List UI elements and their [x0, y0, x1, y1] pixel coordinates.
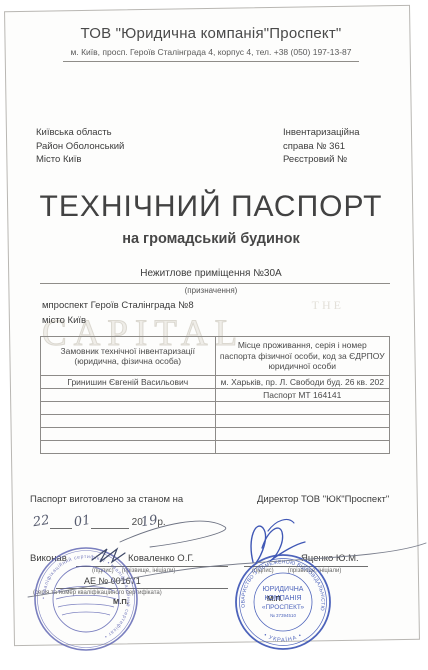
registry-number: Реєстровий №: [283, 153, 360, 167]
document-title: ТЕХНІЧНИЙ ПАСПОРТ: [0, 190, 422, 224]
company-stamp-line4: № 37394510: [270, 613, 297, 618]
company-stamp-line2: КОМПАНІЯ: [264, 595, 301, 602]
cell-empty: [41, 441, 216, 454]
cell-residence: м. Харьків, пр. Л. Свободи буд. 26 кв. 2…: [215, 376, 390, 389]
object-name: Нежитлове приміщення №30А: [0, 268, 422, 279]
object-underline: [40, 283, 390, 284]
region-oblast: Київська область: [36, 126, 124, 140]
cell-empty: [41, 402, 216, 415]
company-stamp-line3: «ПРОСПЕКТ»: [262, 604, 305, 611]
handwritten-day: 22: [32, 513, 51, 530]
year-suffix: р.: [157, 517, 165, 528]
engineer-stamp-ring-text: • кваліфікаційний сертифікат • кваліфіка…: [41, 554, 132, 640]
svg-text:• УКРАЇНА •: • УКРАЇНА •: [263, 632, 304, 643]
table-header-row: Замовник технічної інвентаризації (юриди…: [41, 337, 390, 376]
table-row: [41, 441, 390, 454]
table-row: [41, 415, 390, 428]
col-header-residence: Місце проживання, серія і номер паспорта…: [215, 337, 390, 376]
company-name: ТОВ "Юридична компанія"Проспект": [0, 25, 422, 42]
letterhead: ТОВ "Юридична компанія"Проспект" м. Київ…: [0, 25, 422, 62]
region-district: Район Оболонський: [36, 140, 124, 154]
owners-table: Замовник технічної інвентаризації (юриди…: [40, 336, 390, 454]
cell-empty: [41, 428, 216, 441]
table-row: Паспорт МТ 164141: [41, 389, 390, 402]
handwritten-month: 01: [73, 513, 92, 530]
company-stamp-line1: ЮРИДИЧНА: [263, 586, 304, 593]
cell-empty: [215, 441, 390, 454]
col-header-customer: Замовник технічної інвентаризації (юриди…: [41, 337, 216, 376]
table-row: [41, 428, 390, 441]
cell-empty: [41, 415, 216, 428]
company-stamp-ring-bottom: • УКРАЇНА •: [263, 632, 304, 643]
table-row: Гринишин Євгеній Васильович м. Харьків, …: [41, 376, 390, 389]
object-caption: (призначення): [0, 286, 422, 295]
table-row: [41, 402, 390, 415]
inventory-case-number: справа № 361: [283, 140, 360, 154]
cell-empty: [215, 402, 390, 415]
cell-passport: Паспорт МТ 164141: [215, 389, 390, 402]
director-title-label: Директор ТОВ "ЮК"Проспект": [257, 494, 389, 505]
inventory-info: Інвентаризаційна справа № 361 Реєстровий…: [283, 126, 360, 167]
company-address: м. Київ, просп. Героїв Сталінграда 4, ко…: [63, 47, 360, 62]
object-address-street: мпроспект Героїв Сталінграда №8: [42, 300, 194, 311]
date-line: 22 01 2019р.: [33, 514, 166, 529]
cell-empty: [215, 428, 390, 441]
company-stamp-icon: ТОВАРИСТВО З ОБМЕЖЕНОЮ ВІДПОВІДАЛЬНІСТЮ …: [233, 550, 333, 654]
document-subtitle: на громадський будинок: [0, 231, 422, 247]
cell-empty: [41, 389, 216, 402]
inventory-label: Інвентаризаційна: [283, 126, 360, 140]
engineer-stamp-icon: • кваліфікаційний сертифікат • кваліфіка…: [28, 543, 144, 655]
object-address-city: місто Київ: [42, 315, 86, 326]
handwritten-year: 19: [140, 513, 159, 530]
cell-customer-name: Гринишин Євгеній Васильович: [41, 376, 216, 389]
region-city: Місто Київ: [36, 153, 124, 167]
svg-text:• кваліфікаційний сертифікат •: • кваліфікаційний сертифікат • кваліфіка…: [41, 554, 132, 640]
cell-empty: [215, 415, 390, 428]
region-info: Київська область Район Оболонський Місто…: [36, 126, 124, 167]
passport-made-label: Паспорт виготовлено за станом на: [30, 494, 183, 505]
